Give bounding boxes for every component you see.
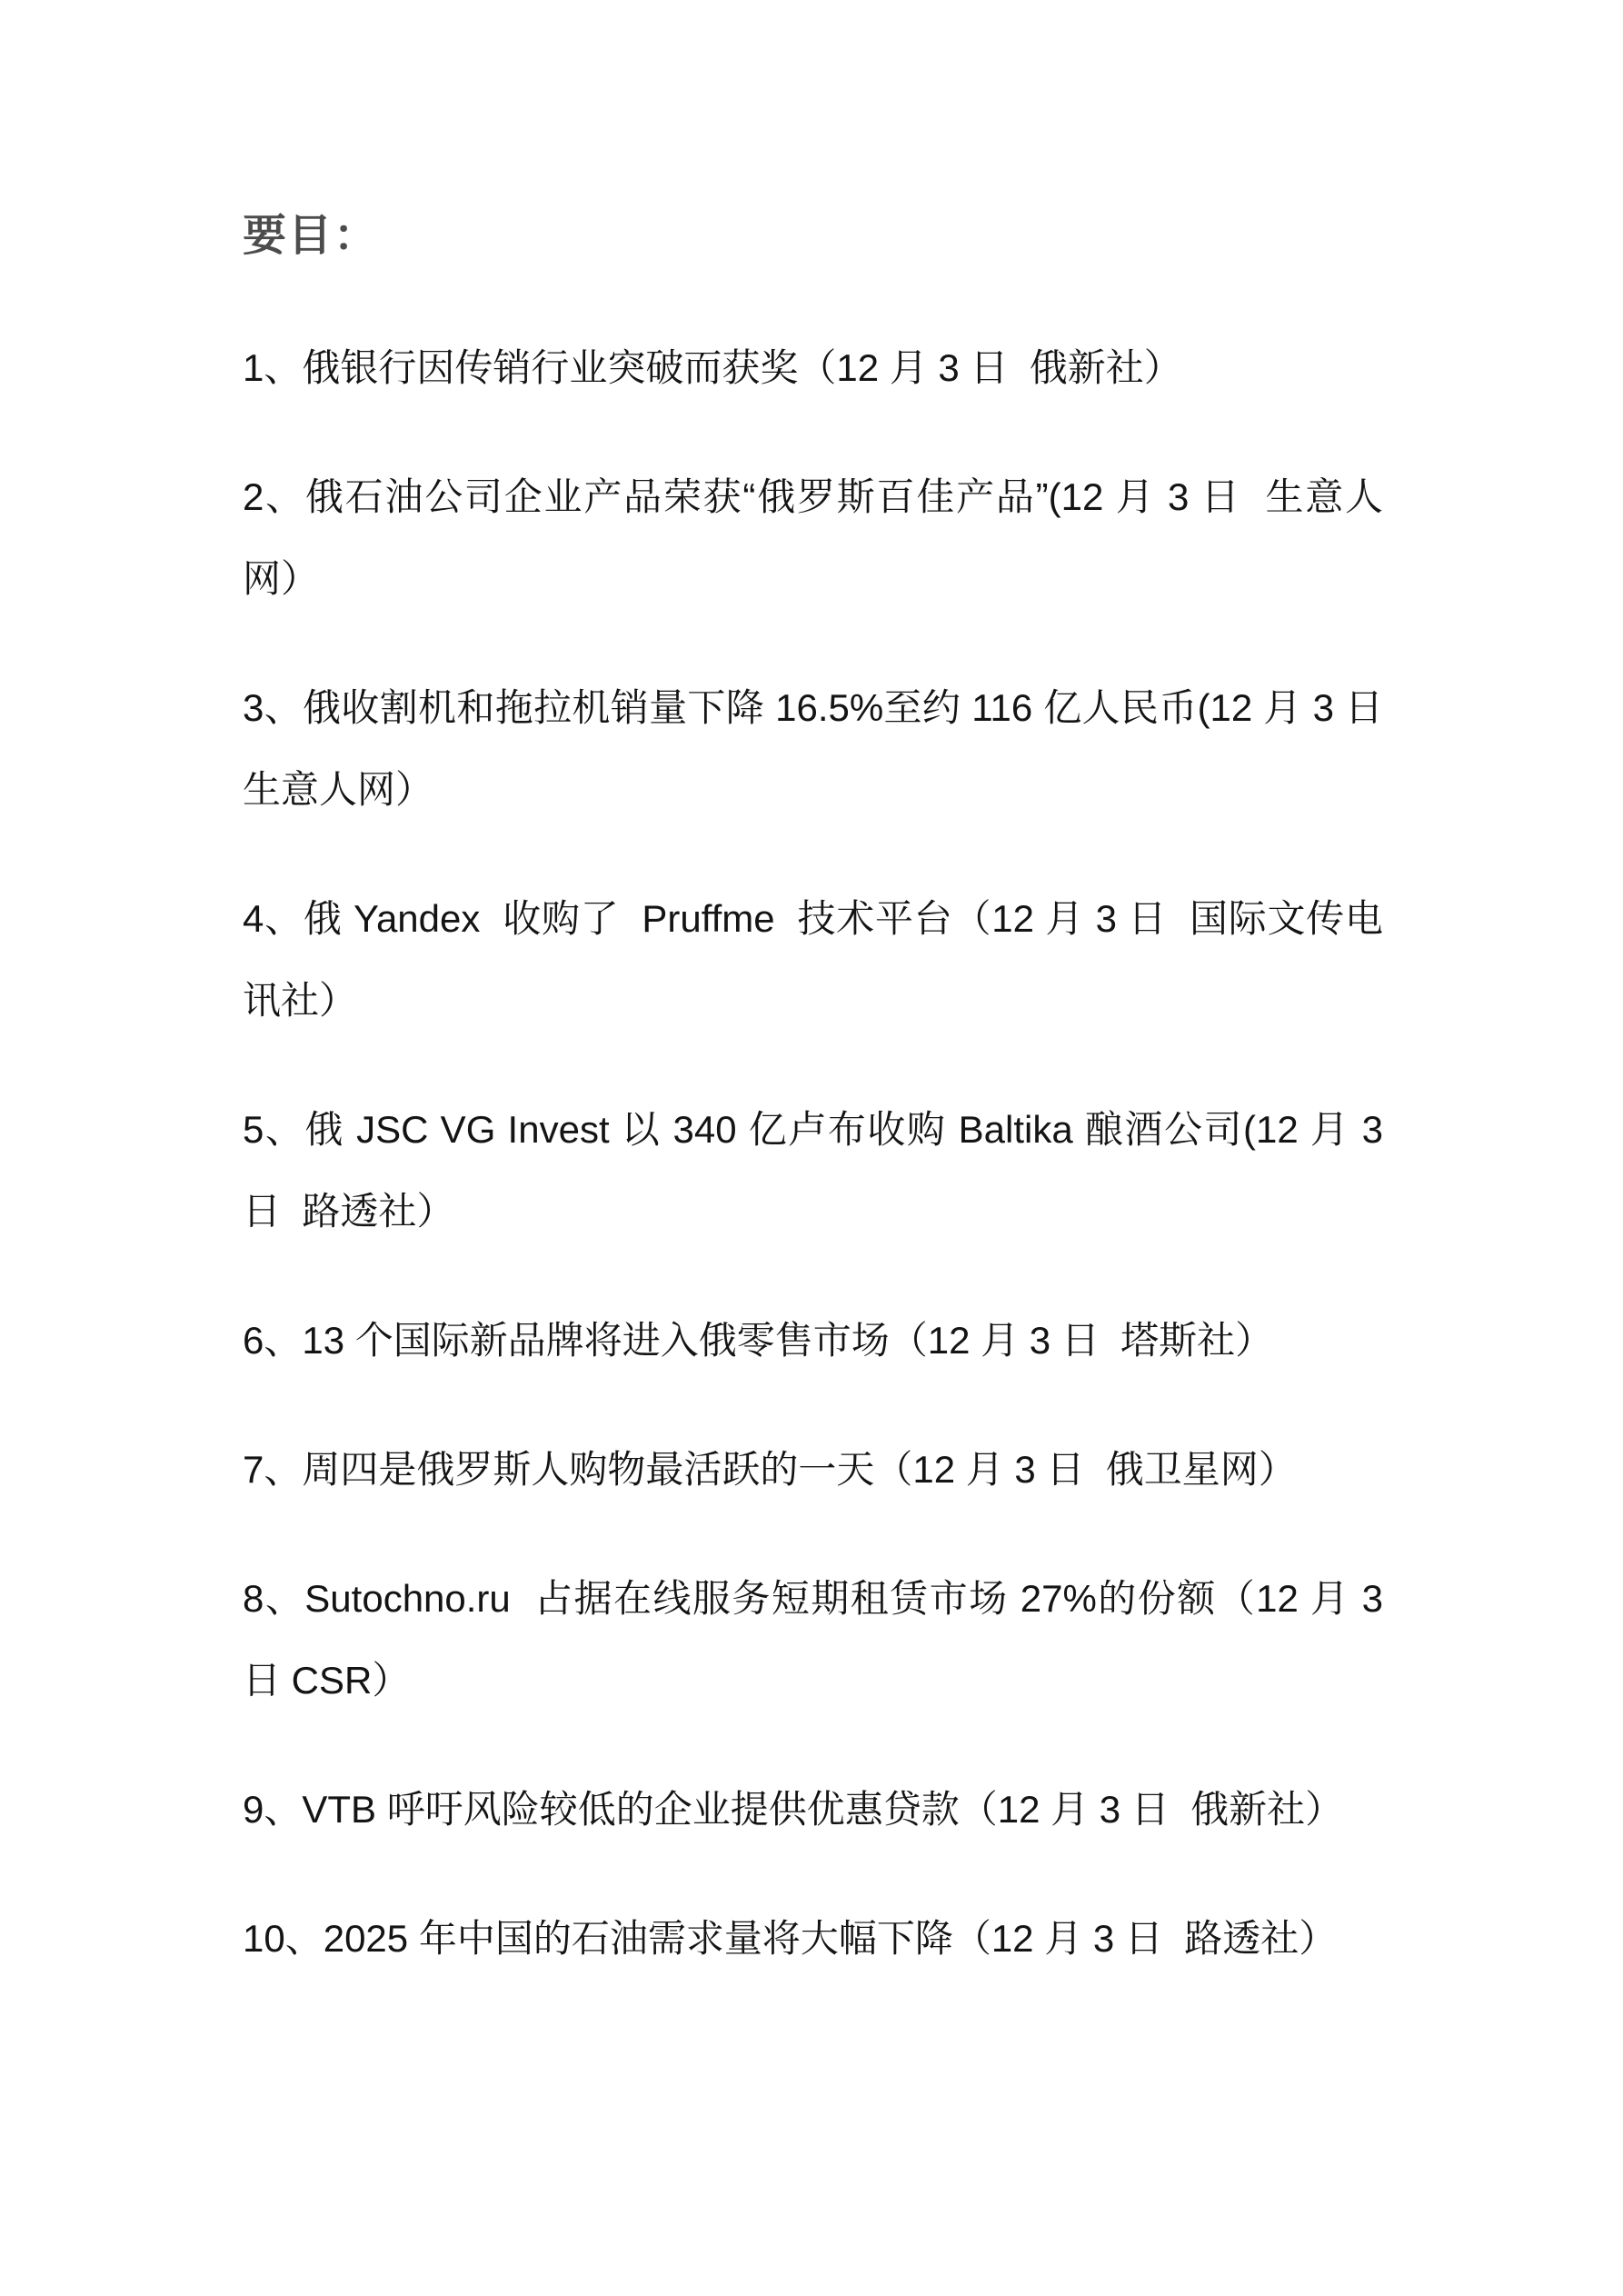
news-item: 2、俄石油公司企业产品荣获“俄罗斯百佳产品”(12 月 3 日 生意人网） bbox=[243, 456, 1383, 620]
document-page: 要目： 1、俄银行因传销行业突破而获奖（12 月 3 日 俄新社） 2、俄石油公… bbox=[0, 0, 1623, 2296]
news-item: 7、周四是俄罗斯人购物最活跃的一天（12 月 3 日 俄卫星网） bbox=[243, 1429, 1383, 1511]
news-item: 3、俄收割机和拖拉机销量下降 16.5%至约 116 亿人民币(12 月 3 日… bbox=[243, 667, 1383, 831]
news-item: 6、13 个国际新品牌将进入俄零售市场（12 月 3 日 塔斯社） bbox=[243, 1300, 1383, 1382]
news-item: 10、2025 年中国的石油需求量将大幅下降（12 月 3 日 路透社） bbox=[243, 1898, 1383, 1980]
page-title: 要目： bbox=[243, 209, 1383, 264]
news-item: 9、VTB 呼吁风险较低的企业提供优惠贷款（12 月 3 日 俄新社） bbox=[243, 1769, 1383, 1851]
news-item: 8、Sutochno.ru 占据在线服务短期租赁市场 27%的份额（12 月 3… bbox=[243, 1558, 1383, 1722]
news-item: 1、俄银行因传销行业突破而获奖（12 月 3 日 俄新社） bbox=[243, 327, 1383, 409]
news-item: 5、俄 JSC VG Invest 以 340 亿卢布收购 Baltika 酿酒… bbox=[243, 1089, 1383, 1253]
news-item: 4、俄 Yandex 收购了 Pruffme 技术平台（12 月 3 日 国际文… bbox=[243, 878, 1383, 1042]
